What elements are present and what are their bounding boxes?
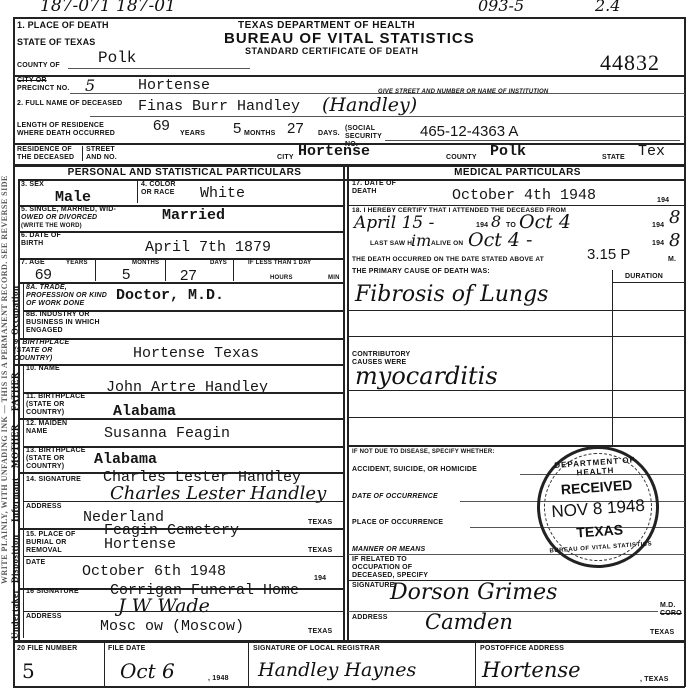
death-date-label: 17. DATE OF DEATH [352, 180, 402, 196]
file-year: , 1948 [208, 675, 229, 683]
age-col-divider [165, 259, 166, 281]
undertaker-side-label: Undertaker [10, 588, 20, 640]
occupation-side-label: Occupation [10, 282, 20, 338]
right-border [684, 17, 686, 687]
birthplace-label: 9. BIRTHPLACE (STATE OR COUNTRY) [14, 339, 89, 363]
file-date-label: FILE DATE [108, 645, 145, 653]
marital-label-2: OWED OR DIVORCED [21, 214, 97, 222]
attended-from-value: April 15 - [354, 213, 434, 233]
burial-date-value: October 6th 1948 [82, 564, 226, 580]
divider [348, 445, 685, 447]
occurrence-place-label: PLACE OF OCCURRENCE [352, 519, 443, 527]
coro-label-struck: CORO [660, 610, 682, 618]
years-label: YEARS [180, 130, 205, 138]
md-label: M.D. [660, 602, 676, 610]
occurrence-date-label: DATE OF OCCURRENCE [352, 493, 438, 501]
father-side-label: FATHER [10, 364, 20, 418]
to-year-suffix: 194 [652, 222, 664, 230]
footer-col-divider [248, 642, 249, 686]
last-saw-label: LAST SAW H [370, 240, 412, 248]
ssn-value: 465-12-4363 A [420, 124, 518, 140]
personal-section-title: PERSONAL AND STATISTICAL PARTICULARS [22, 167, 347, 178]
top-annotation-middle: 093-5 [478, 0, 524, 15]
county-residence: Polk [490, 144, 526, 160]
informant-address-label: ADDRESS [26, 503, 62, 511]
min-label: MIN [328, 274, 340, 282]
street-label: STREET AND NO. [86, 146, 126, 162]
file-number-label: 20 FILE NUMBER [17, 645, 77, 653]
center-divider [343, 166, 345, 642]
sex-color-divider [137, 181, 138, 203]
death-time-value: 3.15 P [587, 247, 630, 263]
birthplace-value: Hortense Texas [133, 346, 259, 362]
duration-underline [613, 282, 685, 283]
informant-texas: TEXAS [308, 519, 332, 527]
county-of-label: COUNTY OF [17, 62, 60, 70]
last-year-suffix: 194 [652, 240, 664, 248]
physician-address-label: ADDRESS [352, 614, 388, 622]
state-of-texas-label: STATE OF TEXAS [17, 38, 95, 47]
disposition-side-label: Disposition [10, 528, 20, 590]
lower-side-divider [23, 472, 24, 638]
divider [23, 611, 343, 612]
father-name-label: 10. NAME [26, 365, 60, 373]
mother-birthplace-label: 13. BIRTHPLACE (STATE OR COUNTRY) [26, 447, 101, 471]
age-col-divider [95, 259, 96, 281]
bottom-border [13, 686, 685, 688]
footer-divider [13, 640, 685, 643]
divider [348, 205, 685, 206]
mother-name-label: 12. MAIDEN NAME [26, 420, 81, 436]
days-label: DAYS. [318, 130, 340, 138]
marital-label-1: 5. SINGLE, MARRIED, WID- [21, 206, 116, 214]
months-label: MONTHS [244, 130, 276, 138]
residence-length-label: LENGTH OF RESIDENCE WHERE DEATH OCCURRED [17, 122, 127, 138]
postoffice-value: Hortense [482, 658, 581, 682]
registrar-signature: Handley Haynes [258, 659, 416, 681]
deceased-name-note: (Handley) [322, 94, 417, 116]
last-saw-hand: im [411, 231, 431, 250]
undertaker-texas: TEXAS [308, 628, 332, 636]
death-date-value: October 4th 1948 [452, 188, 596, 204]
physician-signature: Dorson Grimes [390, 580, 557, 605]
undertaker-address-value: Mosc ow (Moscow) [100, 619, 244, 635]
informant-sig-label: 14. SIGNATURE [26, 476, 81, 484]
side-note: WRITE PLAINLY, WITH UNFADING INK — THIS … [0, 140, 9, 620]
undertaker-sig-label: 16 SIGNATURE [26, 588, 79, 596]
sex-value: Male [55, 190, 91, 206]
divider [23, 501, 343, 502]
primary-cause-label: THE PRIMARY CAUSE OF DEATH WAS: [352, 268, 490, 276]
center-divider-2 [347, 166, 349, 642]
file-date-value: Oct 6 [120, 659, 175, 683]
manner-label: MANNER OR MEANS [352, 546, 425, 554]
mother-name-value: Susanna Feagin [104, 426, 230, 442]
age-months-label: MONTHS [132, 259, 159, 267]
cause-line [348, 310, 685, 311]
father-birthplace-label: 11. BIRTHPLACE (STATE OR COUNTRY) [26, 393, 101, 417]
hours-label: HOURS [270, 274, 293, 282]
mother-side-label: MOTHER [10, 418, 20, 473]
birth-date-label: 6. DATE OF BIRTH [21, 232, 71, 248]
burial-place-2: Hortense [104, 537, 176, 553]
last-year-hand: 8 [669, 230, 680, 251]
age-months-value: 5 [122, 267, 130, 283]
divider [23, 556, 343, 557]
postoffice-label: POSTOFFICE ADDRESS [480, 645, 564, 653]
duration-label: DURATION [625, 273, 663, 281]
certificate-number: 44832 [600, 50, 660, 76]
marital-value: Married [162, 208, 225, 224]
age-years-label: YEARS [66, 259, 88, 267]
sex-label: 3. SEX [21, 181, 44, 189]
physician-texas: TEXAS [650, 629, 674, 637]
city-or-label-struck: CITY OR [17, 77, 47, 85]
physician-address-value: Camden [425, 610, 513, 634]
name-underline [90, 116, 685, 117]
m-label: M. [668, 256, 676, 264]
burial-texas: TEXAS [308, 547, 332, 555]
top-annotation-right: 2.4 [595, 0, 620, 15]
burial-label: 15. PLACE OF BURIAL OR REMOVAL [26, 531, 86, 555]
death-year-suffix: 194 [657, 197, 669, 205]
full-name-label: 2. FULL NAME OF DECEASED [17, 100, 122, 108]
duration-col-divider [612, 270, 613, 445]
age-col-divider [233, 259, 234, 281]
footer-col-divider [104, 642, 105, 686]
top-border [13, 17, 685, 19]
age-days-label: DAYS [210, 259, 227, 267]
residence-months: 5 [233, 121, 241, 137]
residence-label: RESIDENCE OF THE DECEASED [17, 146, 82, 162]
city-label: CITY [277, 154, 294, 162]
residence-days: 27 [287, 121, 304, 137]
divider [13, 75, 685, 77]
residence-years: 69 [153, 118, 170, 134]
precinct-label: PRECINCT NO. [17, 85, 70, 93]
undertaker-signature: J W Wade [118, 595, 210, 617]
deceased-name: Finas Burr Handley [138, 99, 300, 115]
contributory-cause-value: myocarditis [355, 362, 498, 390]
age-lt-day-label: IF LESS THAN 1 DAY [248, 259, 311, 267]
physician-signature-label: SIGNATURE [352, 582, 395, 590]
alive-on-label: ALIVE ON [431, 240, 463, 248]
primary-cause-value: Fibrosis of Lungs [355, 282, 548, 307]
informant-side-label: Informant [10, 472, 20, 528]
occupation-related-label: IF RELATED TO OCCUPATION OF DECEASED, SP… [352, 556, 447, 580]
top-annotation-left: 187-071 187-01 [40, 0, 176, 16]
residence-divider [82, 146, 83, 161]
undertaker-address-label: ADDRESS [26, 613, 62, 621]
age-years-value: 69 [35, 267, 52, 283]
cause-line [348, 417, 685, 418]
cause-line [348, 390, 685, 391]
color-label: 4. COLOR OR RACE [141, 181, 186, 197]
to-year-hand: 8 [669, 207, 680, 228]
marital-label-3: (WRITE THE WORD) [21, 222, 82, 230]
registrar-label: SIGNATURE OF LOCAL REGISTRAR [253, 645, 380, 653]
last-saw-date: Oct 4 - [468, 229, 532, 251]
footer-col-divider [475, 642, 476, 686]
trade-label: 8A. TRADE, PROFESSION OR KIND OF WORK DO… [26, 284, 111, 308]
industry-label: 8B. INDUSTRY OR BUSINESS IN WHICH ENGAGE… [26, 311, 111, 335]
burial-date-label: DATE [26, 559, 45, 567]
county-label: COUNTY [446, 154, 477, 162]
ssn-underline [385, 140, 680, 141]
certificate-title: STANDARD CERTIFICATE OF DEATH [245, 46, 419, 56]
state-label: STATE [602, 154, 625, 162]
accident-label: ACCIDENT, SUICIDE, OR HOMICIDE [352, 466, 477, 474]
burial-year-suffix: 194 [314, 575, 326, 583]
medical-section-title: MEDICAL PARTICULARS [350, 167, 685, 178]
not-disease-label: IF NOT DUE TO DISEASE, SPECIFY WHETHER: [352, 448, 495, 456]
cause-line [348, 336, 685, 337]
trade-value: Doctor, M.D. [116, 288, 224, 304]
mother-birthplace-value: Alabama [94, 452, 157, 468]
place-value: Hortense [138, 78, 210, 94]
death-time-label: THE DEATH OCCURRED ON THE DATE STATED AB… [352, 256, 544, 264]
received-stamp: DEPARTMENT OF HEALTH RECEIVED NOV 8 1948… [533, 442, 663, 572]
place-of-death-label: 1. PLACE OF DEATH [17, 21, 109, 30]
postoffice-texas: , TEXAS [640, 676, 669, 684]
divider [14, 364, 343, 366]
birth-date-value: April 7th 1879 [145, 240, 271, 256]
color-value: White [200, 186, 245, 202]
file-number-value: 5 [22, 659, 35, 683]
state-value: Tex [638, 144, 665, 160]
father-name-value: John Artre Handley [106, 380, 268, 396]
county-underline [68, 68, 250, 69]
county-value: Polk [98, 50, 136, 66]
city-value: Hortense [298, 144, 370, 160]
bureau-title: BUREAU OF VITAL STATISTICS [224, 30, 475, 47]
